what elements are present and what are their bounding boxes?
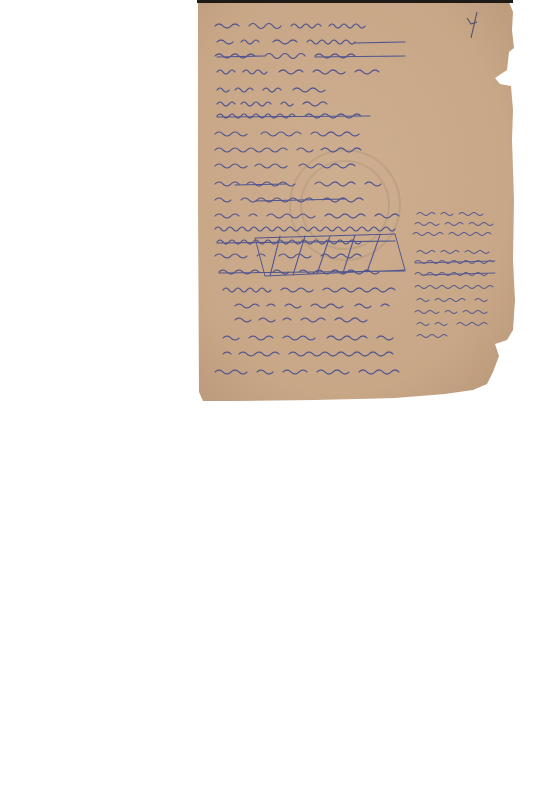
svg-text:4: 4 xyxy=(195,0,205,4)
scan-top-edge xyxy=(197,0,513,3)
paper-sheet xyxy=(198,2,515,401)
manuscript-page-image: 4 xyxy=(195,0,520,402)
document-viewer: 4 xyxy=(0,0,549,800)
manuscript-page-scan: 4 xyxy=(195,0,520,402)
